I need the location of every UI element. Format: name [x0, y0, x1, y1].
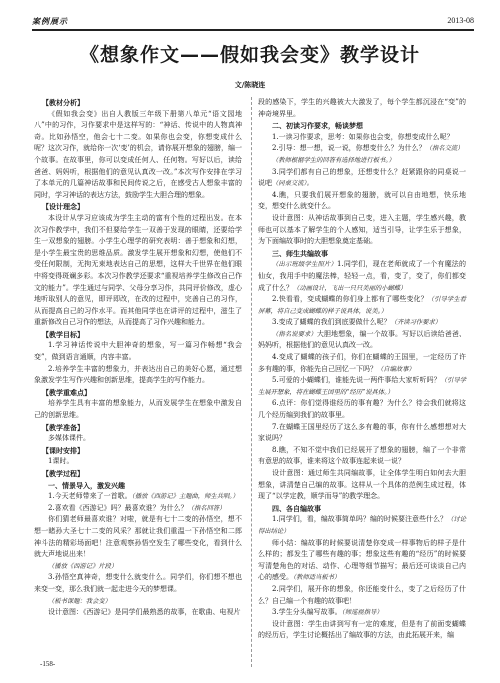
paragraph: 4.瞧，只要我们展开想象的翅膀，就可以自由地想，快乐地变，想变什么就变什么。 — [258, 190, 466, 213]
running-header: 案例展示 2013-08 — [32, 14, 474, 32]
paragraph-text: 2.同学们，展开你的想象，你还能变什么，变了之后经历了什么？自己编一个有趣的故事… — [258, 585, 466, 605]
stage-note: （指名说要求） — [272, 331, 317, 338]
paragraph-text: 3.变成了蝴蝶的我们到底要做什么呢？ — [272, 318, 391, 326]
header-rule — [32, 29, 474, 31]
paragraph: 6.点评：你们觉得谁经历的事有趣？为什么？待会我们就将这几个经历编到我们的故事里… — [258, 398, 466, 421]
page-number: -158- — [40, 660, 55, 668]
paragraph-text: 2.引导：想一想，说一说，你想变什么？为什么？ — [272, 144, 426, 152]
paragraph: 1.一读习作要求，思考：如果你也会变，你想变成什么呢？ — [258, 132, 466, 144]
stage-note: （板书课题：我会变） — [48, 598, 111, 605]
paragraph-text: 一、情景导入，激发兴趣 — [48, 481, 125, 490]
paragraph: （指名说要求）大胆地想象，编一个故事。写好以后读给爸爸、妈妈听，根据他们的意见认… — [258, 329, 466, 352]
stage-note: （教师适当板书） — [293, 574, 340, 581]
paragraph-text: 多媒体课件。 — [48, 434, 90, 442]
paragraph: 1.今天老师带来了一首歌。（播放《西游记》主题曲，师生共唱。） — [34, 491, 242, 503]
paragraph: 2.培养学生丰富的想象力，并表达出自己的美好心愿，通过想象激发学生写作兴趣和创新… — [34, 364, 242, 387]
paragraph-text: 1.今天老师带来了一首歌。 — [48, 492, 132, 500]
stage-note: （自编故事） — [377, 366, 415, 373]
section-heading: 一、情景导入，激发兴趣 — [34, 480, 242, 492]
paragraph: 3.孙悟空真神奇，想变什么就变什么。同学们，你们想不想也来变一变，那么我们就一起… — [34, 572, 242, 595]
paragraph: （出示班级学生照片）1.同学们，现在老师就成了一个有魔法的仙女，我用手中的魔法棒… — [258, 259, 466, 294]
paragraph-text: 1.学习神话传说中大胆神奇的想象，写一篇习作畅想“我会变”，做到语言通顺，内容丰… — [34, 341, 242, 361]
stage-note: （播放《西游记》主题曲，师生共唱。） — [132, 493, 239, 500]
paragraph-text: 三、师生共编故事 — [272, 249, 328, 258]
paragraph: 3.变成了蝴蝶的我们到底要做什么呢？（齐读习作要求） — [258, 317, 466, 329]
paragraph-text: 设计意图：学生由讲到写有一定的难度，但是有了前面变蝴蝶的经历后，学生讨论概括出了… — [258, 620, 466, 640]
paragraph: 多媒体课件。 — [34, 433, 242, 445]
paragraph-text: 设计意图：《西游记》是同学们最熟悉的故事，在歌曲、电视片 — [48, 608, 241, 616]
stage-note: （出示班级学生照片） — [272, 261, 337, 268]
stage-note: （指名回答） — [188, 505, 226, 512]
stage-note: （同桌交流）。 — [272, 180, 313, 187]
paragraph-text: 5.可爱的小蝴蝶们，谁能先说一两件事给大家听听吗？ — [272, 376, 441, 384]
paragraph: 培养学生具有丰富的想象能力，从而发展学生在想象中激发自己的创新思维。 — [34, 398, 242, 421]
section-heading: 【课时安排】 — [34, 445, 242, 457]
issue-date: 2013-08 — [447, 16, 474, 25]
paragraph-text: 设计意图：通过师生共同编故事，让全体学生明白如何去大胆想象，讲清楚自己编的故事。… — [258, 469, 466, 500]
paragraph-text: 【课时安排】 — [42, 446, 84, 455]
paragraph: 3.同学们都有自己的想象，还想变什么？赶紧跟你的同桌说一说吧（同桌交流）。 — [258, 167, 466, 190]
paragraph-text: 1课时。 — [48, 457, 73, 465]
paragraph-text: 四、各自编故事 — [272, 504, 321, 513]
paragraph: 设计意图：从神话故事到自己变，进入主题，学生感兴趣，教师也可以基本了解学生的个人… — [258, 213, 466, 248]
paragraph: 7.在蝴蝶王国里经历了这么多有趣的事，你有什么感想想对大家说吗？ — [258, 422, 466, 445]
paragraph: （教师根据学生的回答有选择地进行板书。） — [258, 155, 466, 167]
paragraph-text: 4.瞧，只要我们展开想象的翅膀，就可以自由地想，快乐地变，想变什么就变什么。 — [258, 191, 466, 211]
paragraph-text: 段的感染下，学生的兴趣被大大激发了，每个学生都沉浸在“变”的神奇境界里。 — [258, 98, 466, 118]
paragraph-text: 【教学过程】 — [42, 469, 84, 478]
paragraph: 《假如我会变》出自人教版三年级下册第八单元“语文园地八”中的习作，习作要求中是这… — [34, 109, 242, 202]
paragraph: 设计意图：《西游记》是同学们最熟悉的故事，在歌曲、电视片 — [34, 607, 242, 619]
paragraph: 2.引导：想一想，说一说，你想变什么？为什么？（指名交流） — [258, 143, 466, 155]
section-heading: 【教材分析】 — [34, 97, 242, 109]
stage-note: （播放《西游记》片段） — [48, 563, 117, 570]
paragraph-text: 【教学重难点】 — [42, 388, 91, 397]
paragraph: 8.瞧，不知不觉中我们已经展开了想象的翅膀，编了一个非常有意思的故事，谁来将这个… — [258, 445, 466, 468]
stage-note: （师巡视指导） — [342, 609, 383, 616]
paragraph: 设计意图：通过师生共同编故事，让全体学生明白如何去大胆想象，讲清楚自己编的故事。… — [258, 468, 466, 503]
section-heading: 【教学重难点】 — [34, 387, 242, 399]
paragraph-text: 【教学准备】 — [42, 423, 84, 432]
paragraph: 3.学生分头编写故事。（师巡视指导） — [258, 607, 466, 619]
paragraph-text: 1.同学们，看，编故事简单吗？编的时候要注意些什么？ — [272, 515, 447, 523]
left-column: 【教材分析】《假如我会变》出自人教版三年级下册第八单元“语文园地八”中的习作，习… — [34, 97, 242, 619]
paragraph: 本设计从学习应该成为学生主动的富有个性的过程出发。在本次习作教学中，我们不但要给… — [34, 213, 242, 329]
section-label: 案例展示 — [32, 16, 68, 27]
right-column: 段的感染下，学生的兴趣被大大激发了，每个学生都沉浸在“变”的神奇境界里。二、初读… — [258, 97, 466, 642]
paragraph-text: 2.培养学生丰富的想象力，并表达出自己的美好心愿，通过想象激发学生写作兴趣和创新… — [34, 365, 242, 385]
paragraph-text: 8.瞧，不知不觉中我们已经展开了想象的翅膀，编了一个非常有意思的故事，谁来将这个… — [258, 446, 466, 466]
paragraph-text: 本设计从学习应该成为学生主动的富有个性的过程出发。在本次习作教学中，我们不但要给… — [34, 214, 242, 326]
paragraph-text: 【教材分析】 — [42, 98, 84, 107]
stage-note: （齐读习作要求） — [391, 319, 441, 326]
paragraph-text: 【教学目标】 — [42, 330, 84, 339]
paragraph-text: 1.一读习作要求，思考：如果你也会变，你想变成什么呢？ — [272, 133, 454, 141]
paragraph: 你们猜老师最喜欢谁？对啦，就是有七十二变的孙悟空，想不想一睹孙大圣七十二变的风采… — [34, 514, 242, 560]
paragraph: （板书课题：我会变） — [34, 596, 242, 608]
section-heading: 【教学目标】 — [34, 329, 242, 341]
stage-note: （指名交流） — [426, 145, 464, 152]
section-heading: 【教学过程】 — [34, 468, 242, 480]
paragraph-text: 3.学生分头编写故事。 — [272, 608, 342, 616]
article-author: 文/陈晓连 — [0, 80, 500, 90]
paragraph-text: 4.变成了蝴蝶的孩子们，你们在蝴蝶的王国里，一定经历了许多有趣的事，你能先自己回… — [258, 353, 466, 373]
paragraph-text: 设计意图：从神话故事到自己变，进入主题，学生感兴趣，教师也可以基本了解学生的个人… — [258, 214, 466, 245]
paragraph: 1.同学们，看，编故事简单吗？编的时候要注意些什么？（讨论得出结论） — [258, 514, 466, 537]
paragraph: 2.同学们，展开你的想象，你还能变什么，变了之后经历了什么？自己编一个有趣的故事… — [258, 584, 466, 607]
section-heading: 二、初读习作要求，畅谈梦想 — [258, 120, 466, 132]
paragraph: 1.学习神话传说中大胆神奇的想象，写一篇习作畅想“我会变”，做到语言通顺，内容丰… — [34, 340, 242, 363]
section-heading: 三、师生共编故事 — [258, 248, 466, 260]
paragraph-text: 二、初读习作要求，畅谈梦想 — [272, 121, 363, 130]
paragraph-text: 培养学生具有丰富的想象能力，从而发展学生在想象中激发自己的创新思维。 — [34, 399, 242, 419]
paragraph: 4.变成了蝴蝶的孩子们，你们在蝴蝶的王国里，一定经历了许多有趣的事，你能先自己回… — [258, 352, 466, 375]
paragraph: 设计意图：学生由讲到写有一定的难度，但是有了前面变蝴蝶的经历后，学生讨论概括出了… — [258, 619, 466, 642]
section-heading: 【设计理念】 — [34, 201, 242, 213]
paragraph-text: 【设计理念】 — [42, 202, 84, 211]
paragraph-text: 3.孙悟空真神奇，想变什么就变什么。同学们，你们想不想也来变一变，那么我们就一起… — [34, 573, 242, 593]
paragraph: （播放《西游记》片段） — [34, 561, 242, 573]
stage-note: （教师根据学生的回答有选择地进行板书。） — [272, 157, 395, 164]
paragraph: 师小结：编故事的时候要说清楚你变成一样事物后的样子是什么样的；都发生了哪些有趣的… — [258, 538, 466, 584]
paragraph-text: 师小结：编故事的时候要说清楚你变成一样事物后的样子是什么样的；都发生了哪些有趣的… — [258, 539, 466, 582]
paragraph-text: 2.喜欢看《西游记》吗？最喜欢谁？为什么？ — [48, 504, 188, 512]
paragraph-text: 《假如我会变》出自人教版三年级下册第八单元“语文园地八”中的习作，习作要求中是这… — [34, 110, 242, 199]
paragraph-text: 6.点评：你们觉得谁经历的事有趣？为什么？待会我们就将这几个经历编到我们的故事里… — [258, 399, 466, 419]
paragraph: 2.喜欢看《西游记》吗？最喜欢谁？为什么？（指名回答） — [34, 503, 242, 515]
column-divider — [251, 97, 252, 667]
article-title: 《想象作文——假如我会变》教学设计 — [0, 40, 500, 67]
paragraph: 5.可爱的小蝴蝶们，谁能先说一两件事给大家听听吗？（引导学生展开想象，将在蝴蝶王… — [258, 375, 466, 398]
section-heading: 【教学准备】 — [34, 422, 242, 434]
paragraph-text: 你们猜老师最喜欢谁？对啦，就是有七十二变的孙悟空，想不想一睹孙大圣七十二变的风采… — [34, 515, 242, 558]
section-heading: 四、各自编故事 — [258, 503, 466, 515]
paragraph: 1课时。 — [34, 456, 242, 468]
stage-note: （动画设计，飞出一只只美丽的小蝴蝶） — [293, 285, 406, 292]
paragraph-text: 7.在蝴蝶王国里经历了这么多有趣的事，你有什么感想想对大家说吗？ — [258, 423, 466, 443]
paragraph: 段的感染下，学生的兴趣被大大激发了，每个学生都沉浸在“变”的神奇境界里。 — [258, 97, 466, 120]
paragraph-text: 2.快看看，变成蝴蝶的你们身上都有了哪些变化？ — [272, 295, 428, 303]
paragraph: 2.快看看，变成蝴蝶的你们身上都有了哪些变化？（引导学生看屏幕，将自己变成蝴蝶的… — [258, 294, 466, 317]
